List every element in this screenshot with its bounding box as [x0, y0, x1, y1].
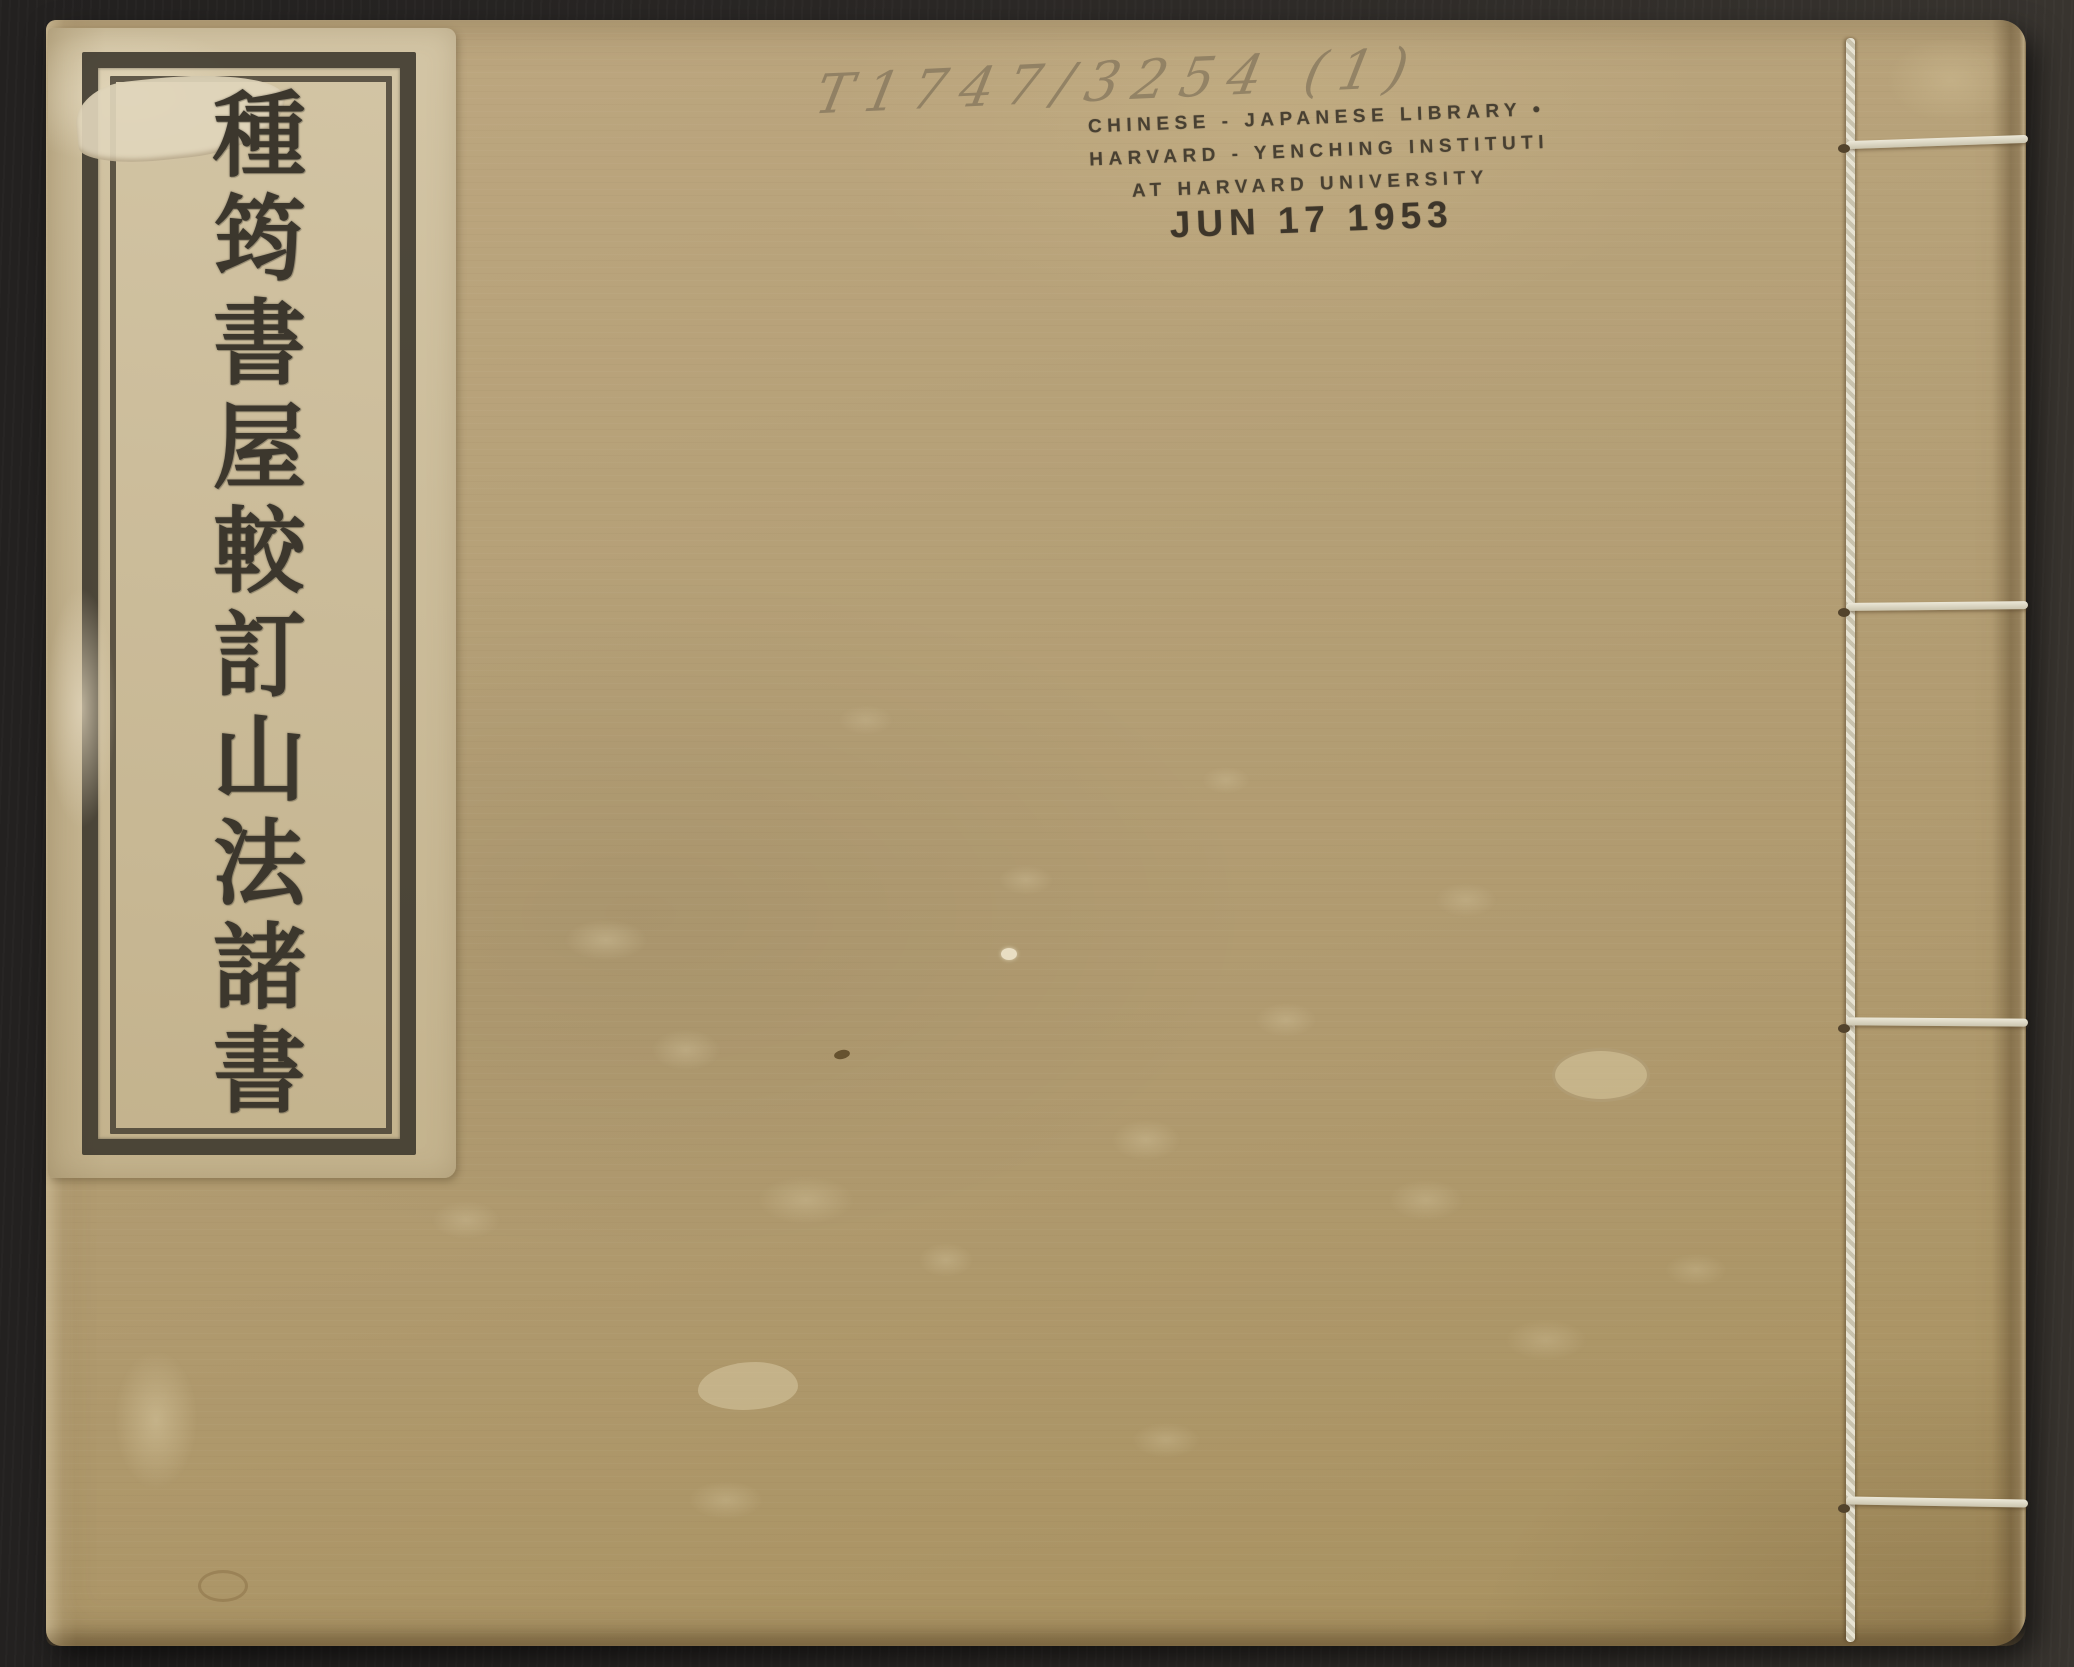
- water-stain-ring: [1552, 1048, 1650, 1102]
- stamp-line-2: HARVARD - YENCHING INSTITUTI: [1089, 133, 1530, 172]
- label-worn-spot: [46, 588, 116, 828]
- light-speck: [1001, 948, 1017, 960]
- binding-stitch: [1846, 1017, 2028, 1026]
- book-title-vertical-text: 種筠書屋較訂山法諸書: [206, 86, 299, 1140]
- book-cover: 種筠書屋較訂山法諸書 T1747/3254 (1) CHINESE - JAPA…: [46, 20, 2026, 1646]
- oval-scuff-mark: [198, 1570, 248, 1602]
- binding-hole: [1838, 608, 1850, 617]
- stamp-ornament-icon: ●: [1522, 100, 1547, 117]
- bottom-edge-shadow: [46, 1626, 2026, 1646]
- binding-thread-vertical: [1846, 38, 1855, 1642]
- fore-edge: [1992, 20, 2026, 1646]
- binding-hole: [1838, 144, 1850, 153]
- title-label: 種筠書屋較訂山法諸書: [48, 28, 456, 1178]
- binding-hole: [1838, 1024, 1850, 1033]
- library-stamp: CHINESE - JAPANESE LIBRARY● HARVARD - YE…: [1088, 100, 1533, 250]
- binding-hole: [1838, 1504, 1850, 1513]
- scan-background: { "scan": { "description_title": "Thread…: [0, 0, 2074, 1667]
